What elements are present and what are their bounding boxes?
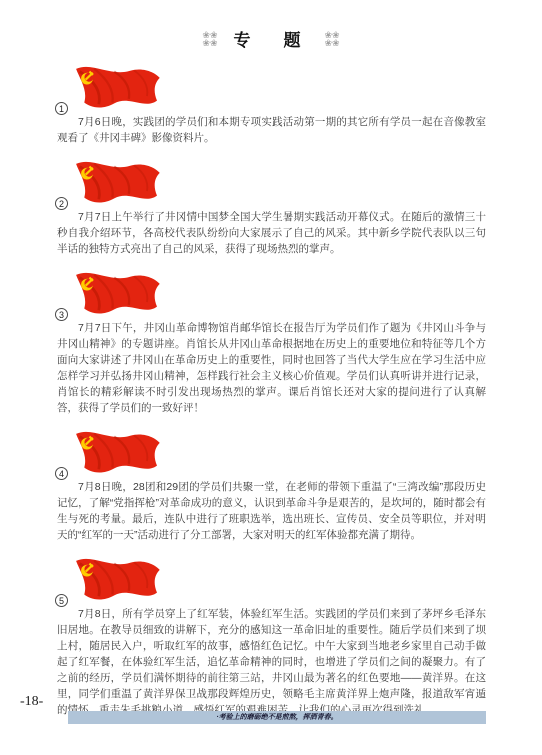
- flag-row: 2: [57, 159, 169, 205]
- section-number-badge: 1: [55, 102, 68, 115]
- section-number-badge: 5: [55, 594, 68, 607]
- flower-ornament-icon: ❀❀❀❀: [202, 31, 217, 47]
- flag-row: 5: [57, 556, 169, 602]
- flower-ornament-icon: ❀❀❀❀: [325, 31, 340, 47]
- flag-row: 3: [57, 270, 169, 316]
- party-flag-icon: [67, 270, 167, 316]
- section-5: 5 7月8日，所有学员穿上了红军装，体验红军生活。实践团的学员们来到了茅坪乡毛泽…: [57, 556, 486, 718]
- party-flag-icon: [67, 64, 167, 110]
- section-paragraph: 7月8日晚，28团和29团的学员们共聚一堂，在老师的带领下重温了“三湾改编”那段…: [57, 479, 486, 543]
- section-paragraph: 7月7日上午举行了井冈情中国梦全国大学生暑期实践活动开幕仪式。在随后的激情三十秒…: [57, 209, 486, 257]
- flower-glyph: ❀: [210, 39, 218, 47]
- footer-banner: ·考验上的磨砺绝不是煎熬，挥洒青春。: [68, 711, 486, 724]
- page-header: ❀❀❀❀ 专 题 ❀❀❀❀: [0, 0, 542, 51]
- section-number-badge: 2: [55, 197, 68, 210]
- section-2: 2 7月7日上午举行了井冈情中国梦全国大学生暑期实践活动开幕仪式。在随后的激情三…: [57, 159, 486, 257]
- flower-glyph: ❀: [332, 39, 340, 47]
- document-page: ❀❀❀❀ 专 题 ❀❀❀❀ 1 7月6日晚，实践团的学员们和本期专项实践活动第一…: [0, 0, 542, 755]
- party-flag-icon: [67, 556, 167, 602]
- section-3: 3 7月7日下午，井冈山革命博物馆肖邮华馆长在报告厅为学员们作了题为《井冈山斗争…: [57, 270, 486, 416]
- page-title: 专 题: [234, 26, 309, 51]
- flower-glyph: ❀: [325, 39, 333, 47]
- party-flag-icon: [67, 159, 167, 205]
- flag-row: 4: [57, 429, 169, 475]
- party-flag-icon: [67, 429, 167, 475]
- flag-row: 1: [57, 64, 169, 110]
- section-1: 1 7月6日晚，实践团的学员们和本期专项实践活动第一期的其它所有学员一起在音像教…: [57, 64, 486, 146]
- section-paragraph: 7月6日晚，实践团的学员们和本期专项实践活动第一期的其它所有学员一起在音像教室观…: [57, 114, 486, 146]
- flower-glyph: ❀: [202, 39, 210, 47]
- section-4: 4 7月8日晚，28团和29团的学员们共聚一堂，在老师的带领下重温了“三湾改编”…: [57, 429, 486, 543]
- section-number-badge: 3: [55, 308, 68, 321]
- section-number-badge: 4: [55, 467, 68, 480]
- page-number: -18-: [20, 694, 43, 710]
- section-paragraph: 7月7日下午，井冈山革命博物馆肖邮华馆长在报告厅为学员们作了题为《井冈山斗争与井…: [57, 320, 486, 416]
- section-paragraph: 7月8日，所有学员穿上了红军装，体验红军生活。实践团的学员们来到了茅坪乡毛泽东旧…: [57, 606, 486, 718]
